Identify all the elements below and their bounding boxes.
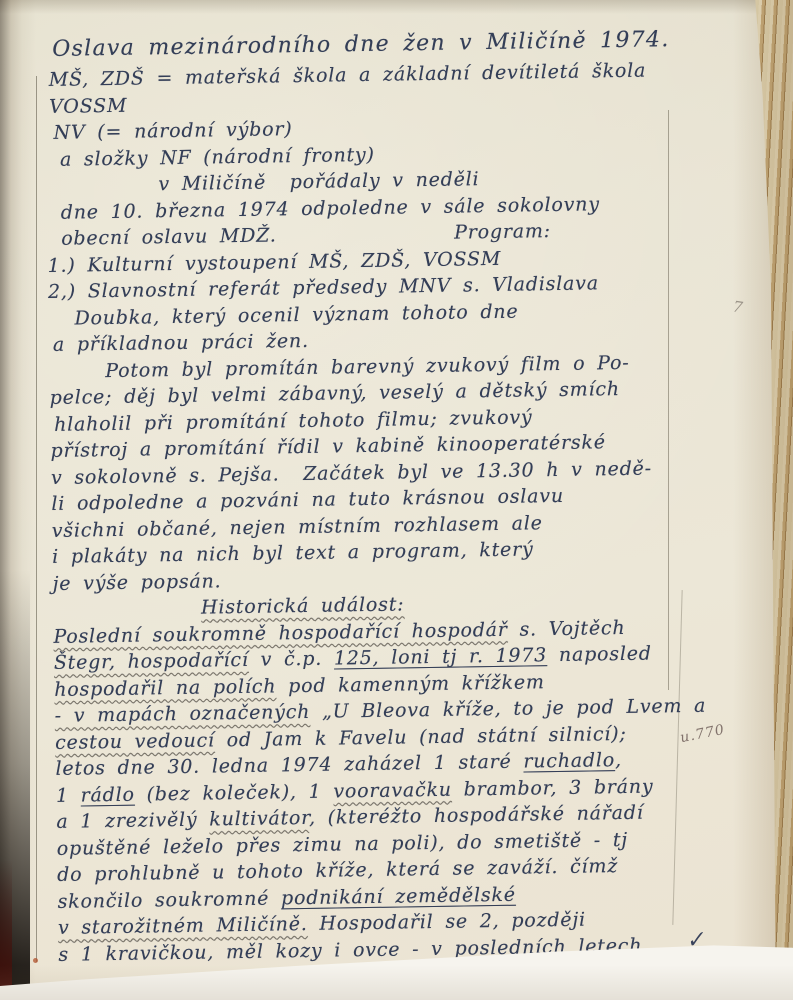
text-segment: rádlo (81, 783, 135, 806)
text-segment: s. Vojtěch (508, 616, 626, 640)
page-top-shadow (0, 0, 793, 14)
text-segment: , (kteréžto hospodářské nářadí (309, 802, 644, 829)
text-segment: od Jam k Favelu (nad státní silnicí); (215, 722, 627, 750)
text-segment: je výše popsán. (52, 570, 221, 595)
text-segment: i plakáty na nich byl text a program, kt… (52, 538, 534, 568)
text-column: Oslava mezinárodního dne žen v Miličíně … (44, 23, 779, 968)
text-segment: brambor, 3 brány (452, 775, 654, 800)
text-segment: pod kamenným křížkem (276, 671, 545, 697)
text-segment: v Miličíně pořádaly v neděli (158, 168, 479, 195)
text-segment: Štegr, hospodařící (54, 649, 249, 674)
text-segment: Oslava mezinárodního dne žen v Miličíně … (52, 27, 670, 62)
text-segment: 125, loni tj r. 1973 (334, 644, 548, 669)
text-segment: a příkladnou práci žen. (53, 330, 309, 356)
text-segment: VOSSM (49, 94, 127, 117)
text-segment: naposled (547, 643, 652, 667)
text-segment: 1 (56, 784, 81, 806)
text-segment: v č.p. (249, 648, 334, 671)
text-segment: Doubka, který ocenil význam tohoto dne (74, 300, 518, 329)
text-segment: „U Bleova kříže, to je pod Lvem a (310, 695, 706, 723)
text-segment: kultivátor (209, 807, 309, 831)
text-segment: , (615, 749, 622, 771)
text-segment: - v mapách označených (55, 701, 311, 727)
text-segment: a složky NF (národní fronty) (60, 143, 375, 170)
text-segment: cestou vedoucí (55, 729, 215, 754)
text-segment: a 1 zrezivělý (56, 809, 209, 833)
text-segment: v starožitném Miličíně. (58, 913, 308, 939)
text-segment: podnikání zemědělské (281, 883, 516, 909)
text-segment: NV (= národní výbor) (53, 118, 292, 144)
book-spine-red (0, 860, 12, 1000)
text-segment: hospodařil na polích (54, 675, 276, 700)
text-segment: (bez koleček), 1 (135, 780, 334, 805)
margin-rule-end-dot (33, 958, 38, 963)
text-segment: vooravačku (333, 778, 452, 802)
book-photo: Oslava mezinárodního dne žen v Miličíně … (0, 0, 793, 1000)
text-segment: Hospodařil se 2, později (307, 909, 586, 935)
text-segment: letos dne 30. ledna 1974 zaházel 1 staré (55, 751, 523, 780)
text-segment: Historická událost: (201, 593, 405, 618)
text-segment: ruchadlo (523, 749, 615, 772)
left-margin-rule (36, 76, 37, 962)
text-segment: skončilo soukromné (57, 887, 281, 913)
